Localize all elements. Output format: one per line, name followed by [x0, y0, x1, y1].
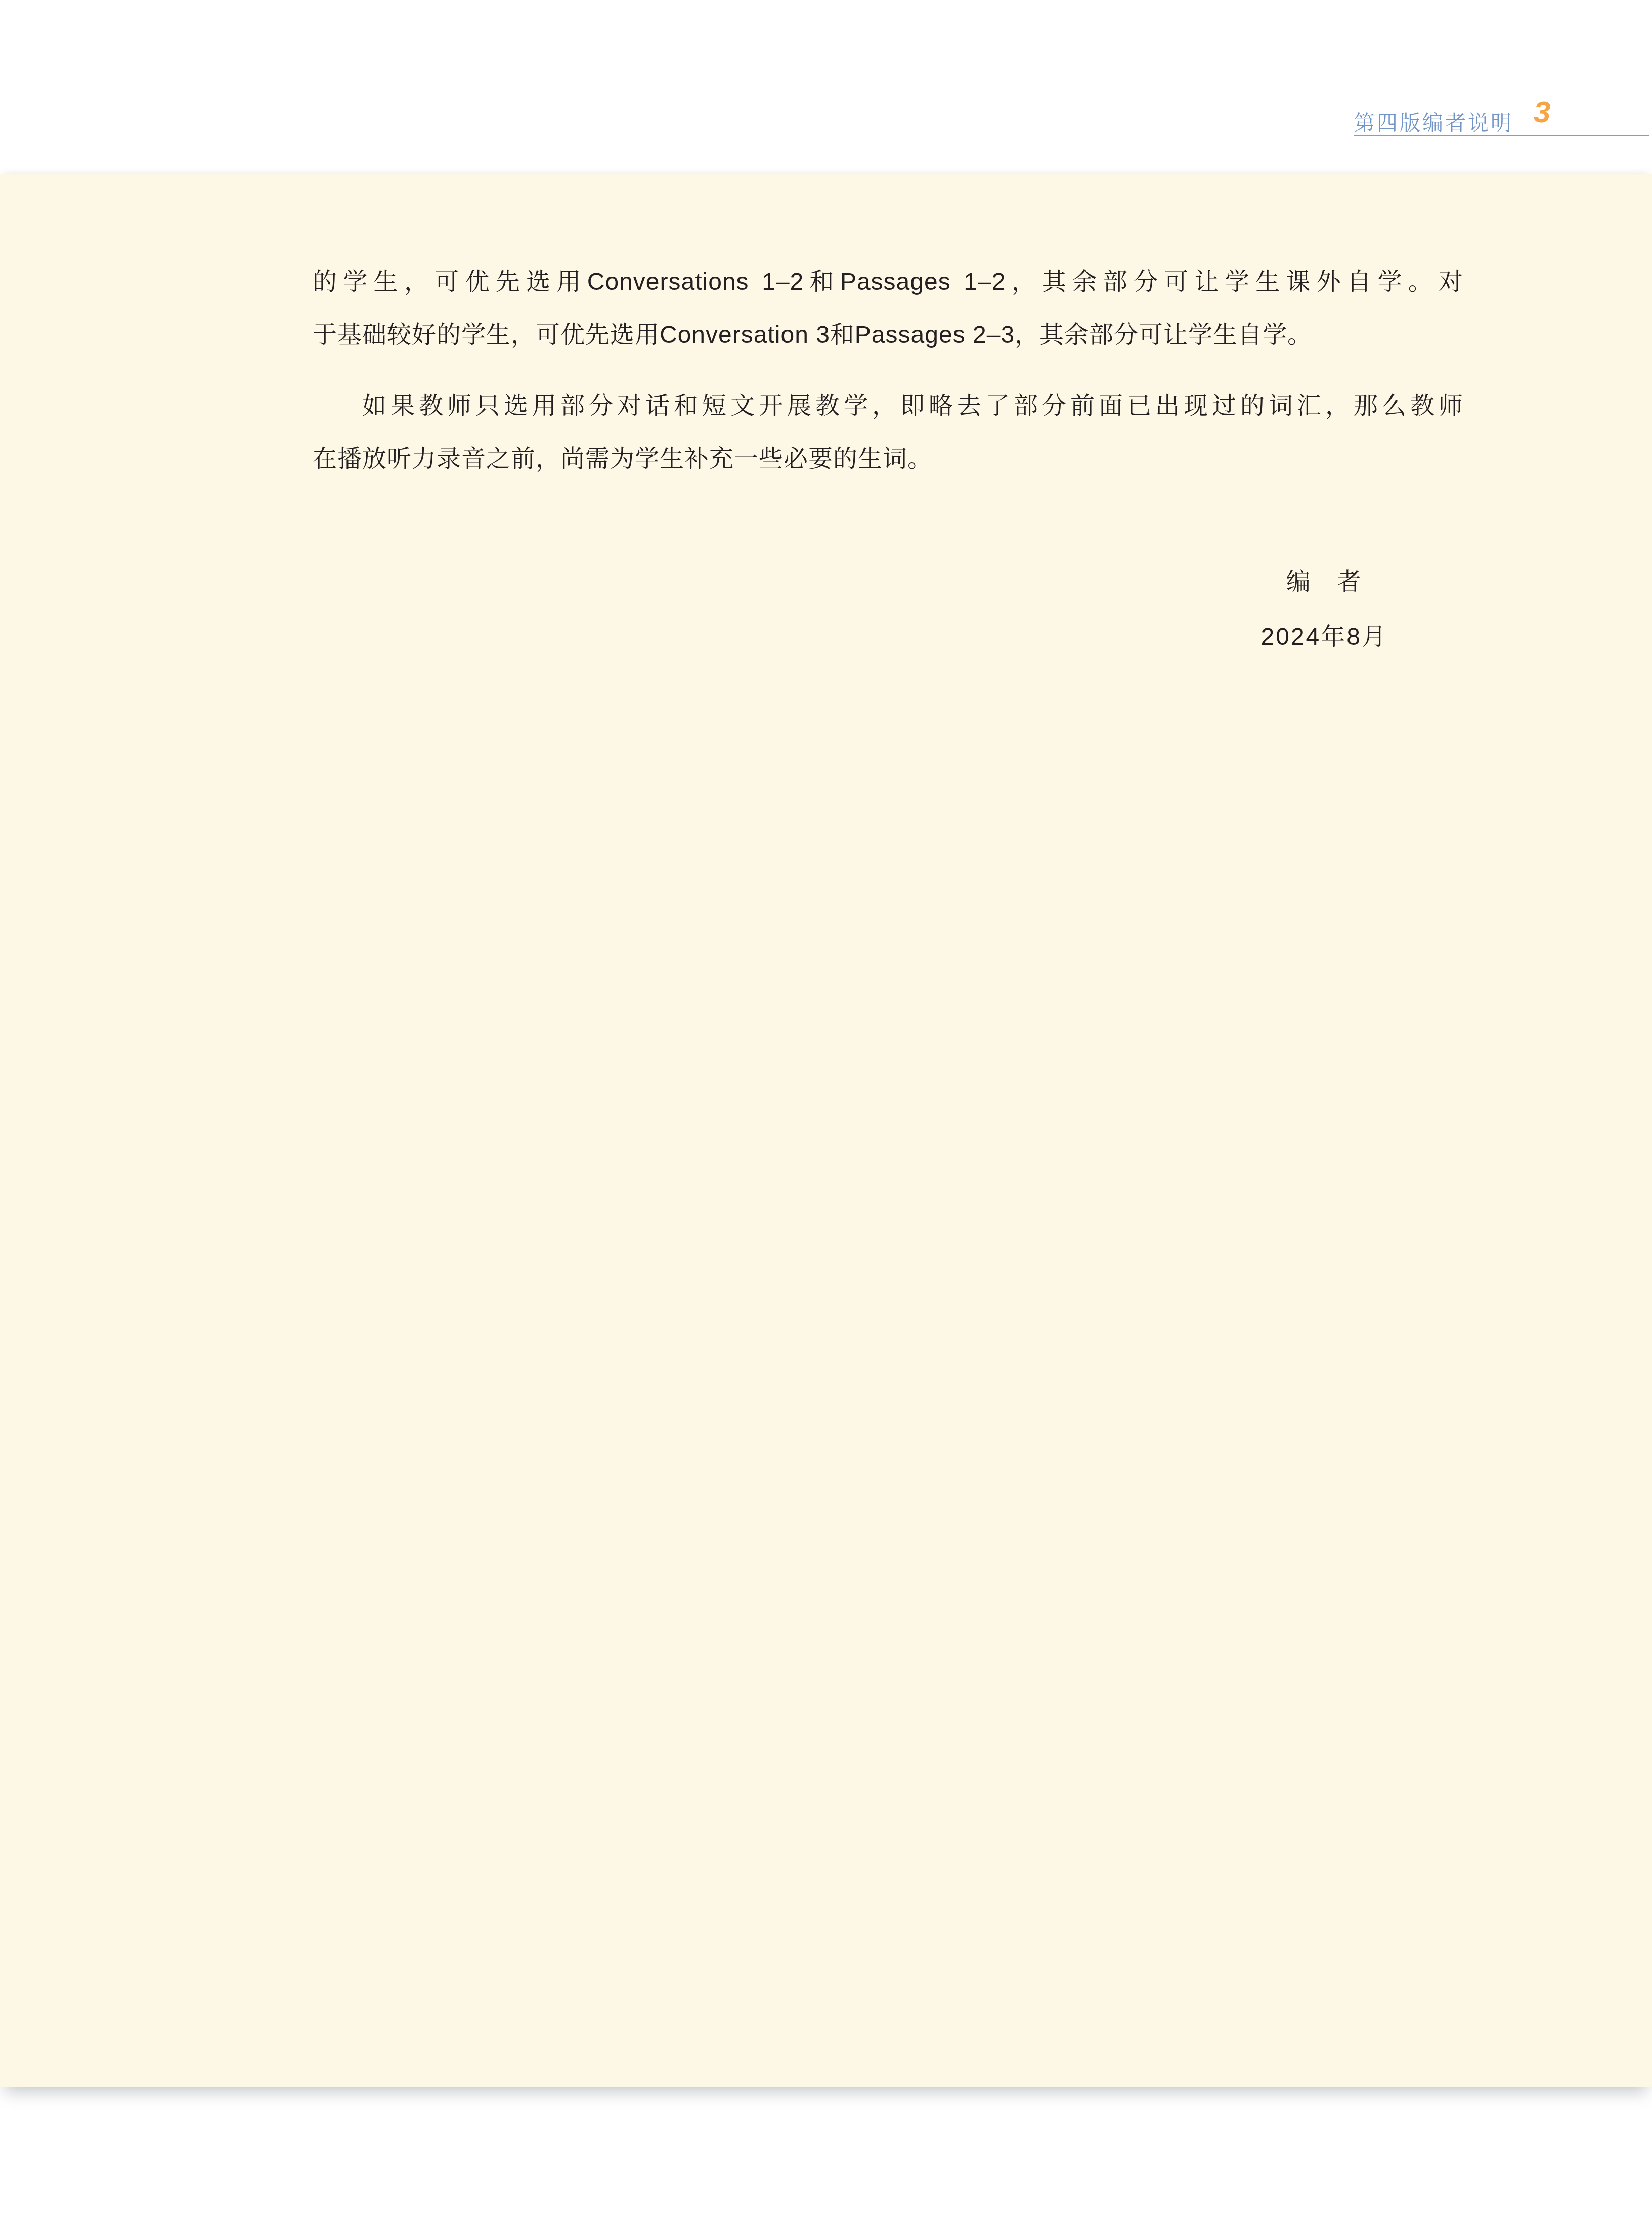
text-column: 的学生，可优先选用Conversations 1–2和Passages 1–2，…: [313, 255, 1463, 664]
book-page: 第四版编者说明 3 的学生，可优先选用Conversations 1–2和Pas…: [0, 0, 1652, 2225]
body-text-line: 的学生，可优先选用Conversations 1–2和Passages 1–2，…: [313, 255, 1463, 309]
body-text-line: 于基础较好的学生，可优先选用Conversation 3和Passages 2–…: [313, 309, 1463, 362]
page-number: 3: [1534, 97, 1550, 127]
running-header-title: 第四版编者说明: [1354, 106, 1513, 136]
paragraph-continuation: 的学生，可优先选用Conversations 1–2和Passages 1–2，…: [313, 255, 1463, 362]
body-text-line: 如果教师只选用部分对话和短文开展教学，即略去了部分前面已出现过的词汇，那么教师: [313, 379, 1463, 432]
header-rule: [1354, 135, 1649, 136]
signature-author: 编 者: [1261, 554, 1387, 610]
paragraph-note: 如果教师只选用部分对话和短文开展教学，即略去了部分前面已出现过的词汇，那么教师 …: [313, 379, 1463, 486]
signature-date: 2024年8月: [1261, 610, 1387, 664]
content-panel: 的学生，可优先选用Conversations 1–2和Passages 1–2，…: [0, 174, 1652, 2087]
body-text-line: 在播放听力录音之前，尚需为学生补充一些必要的生词。: [313, 432, 1463, 486]
signature-inner: 编 者 2024年8月: [1261, 554, 1387, 664]
signature-block: 编 者 2024年8月: [313, 554, 1463, 664]
